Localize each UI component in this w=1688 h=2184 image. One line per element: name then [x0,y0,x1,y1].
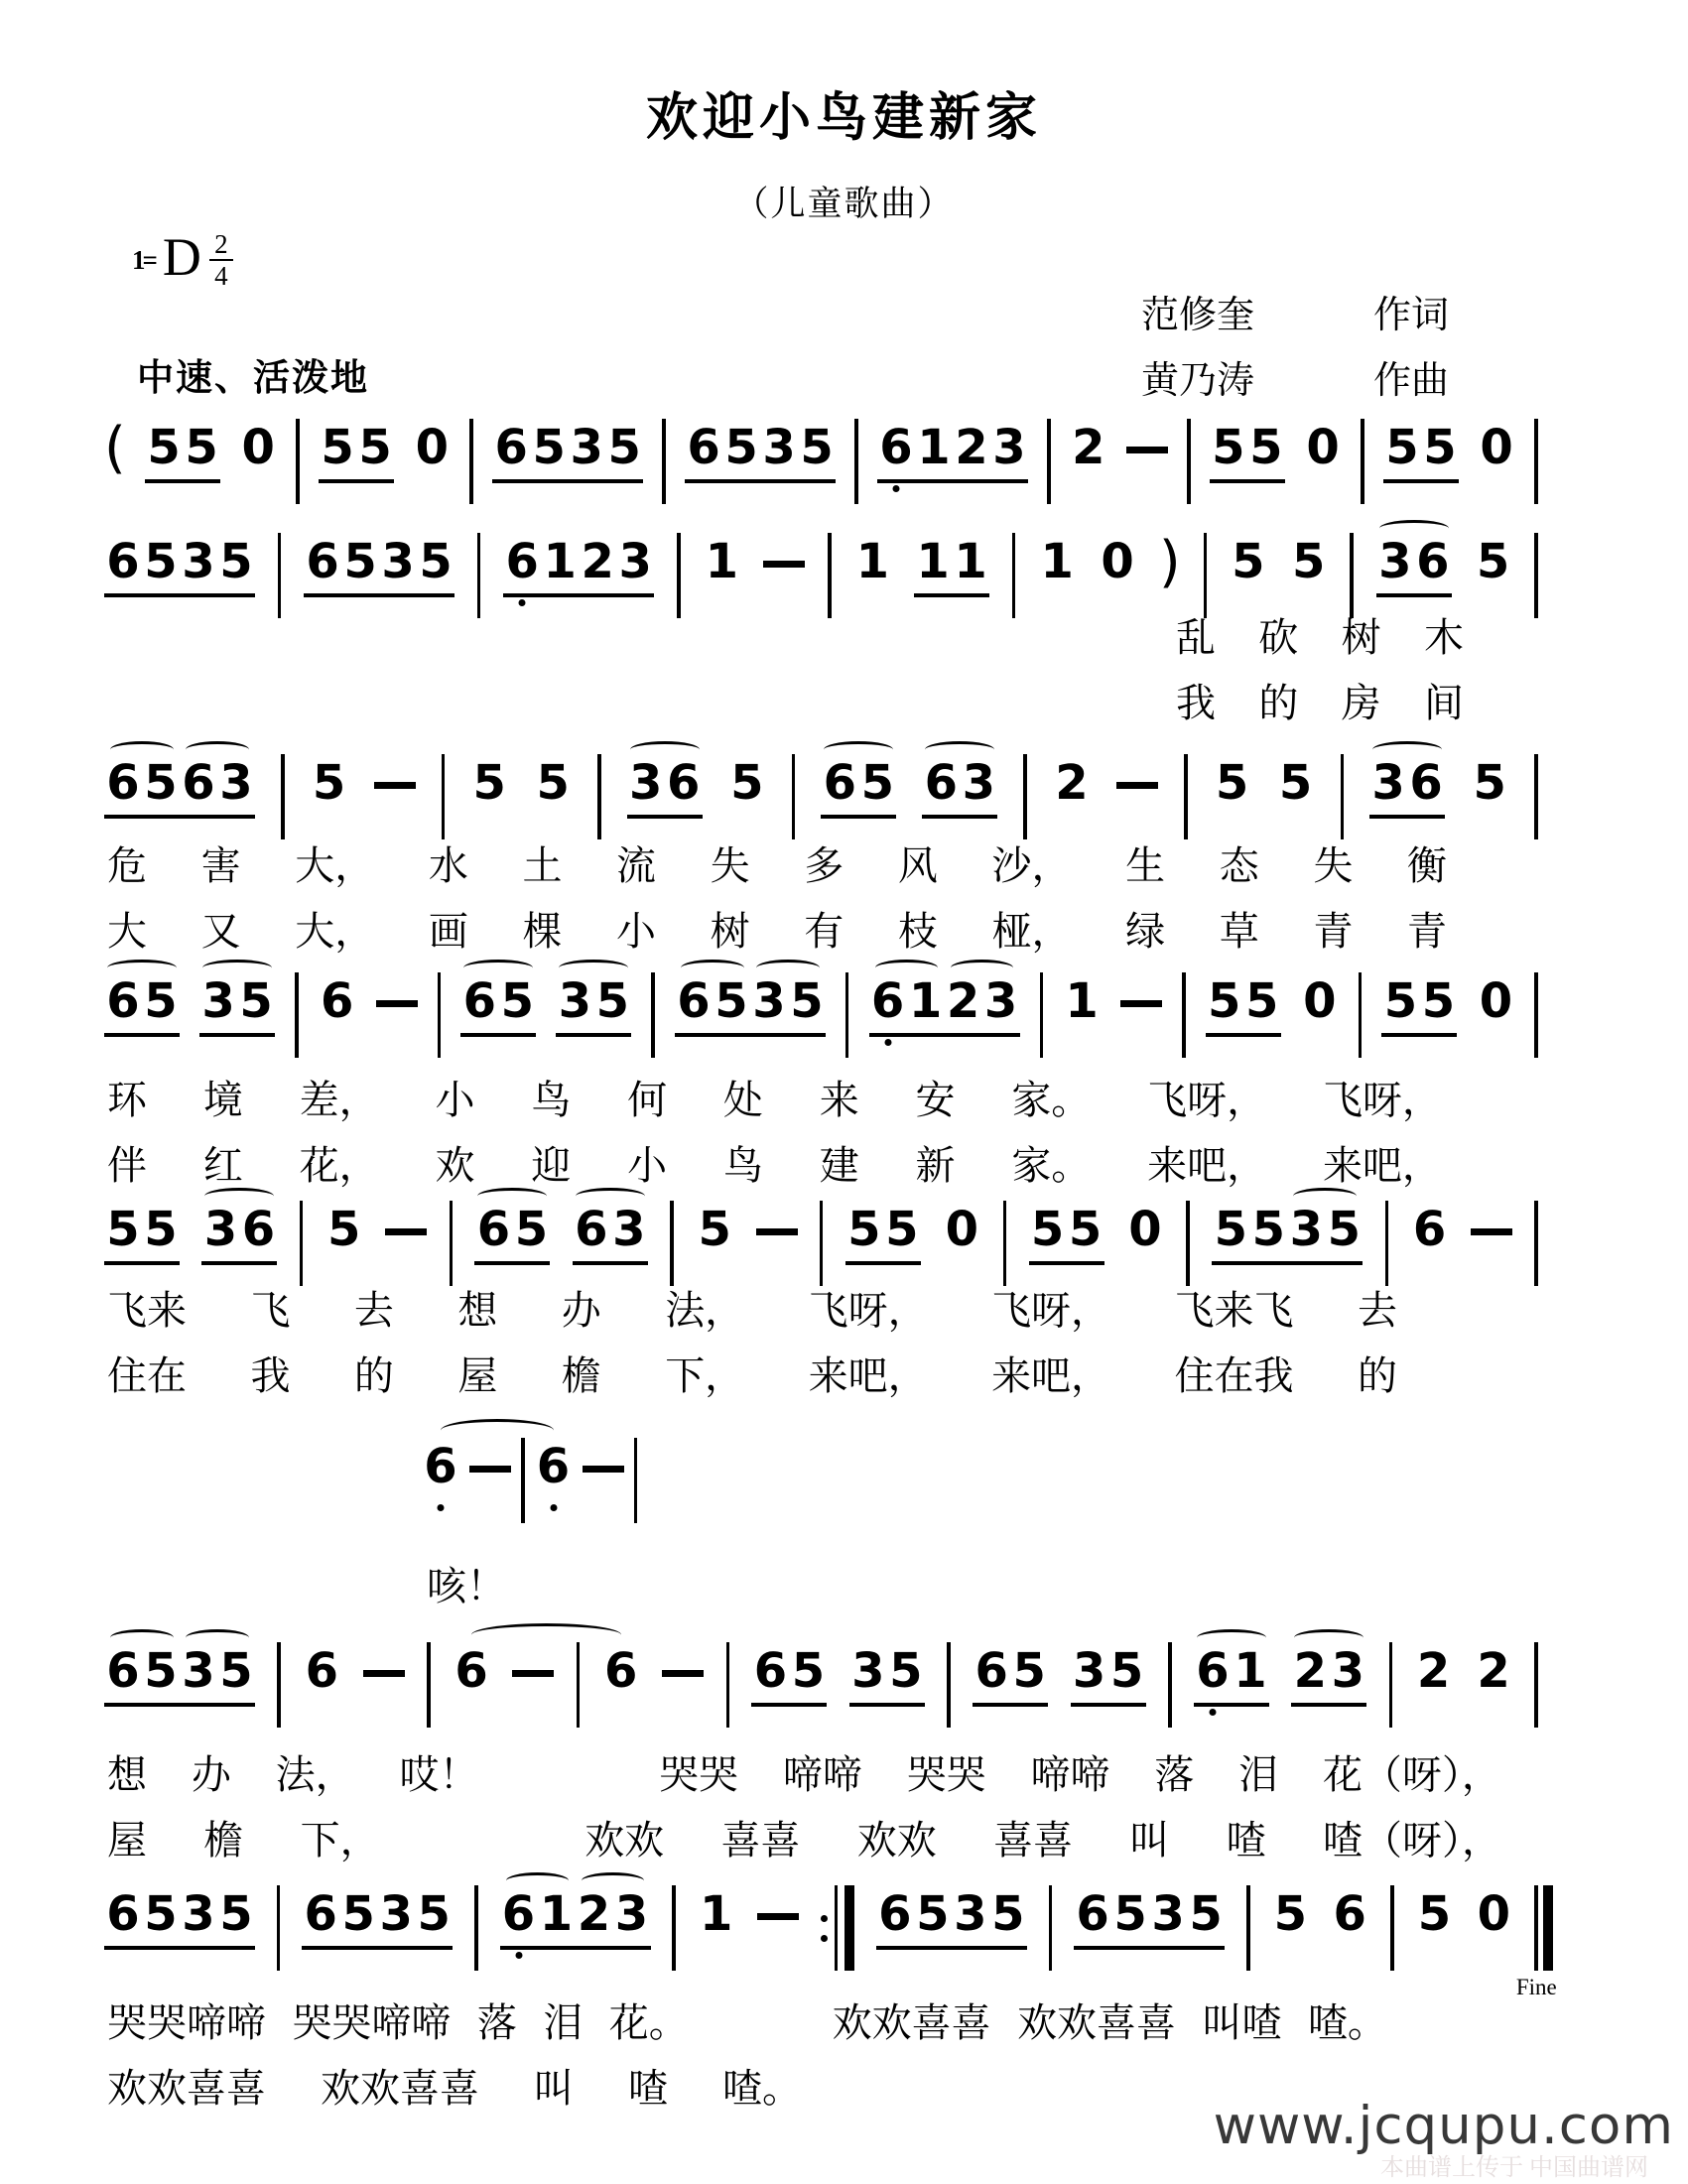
barline [1534,972,1538,1058]
barline [1168,1642,1172,1728]
lyric-syllable: 喜喜 [993,1818,1073,1863]
lyric-syllable: 去 [1358,1288,1397,1334]
sheet-music-page: 欢迎小鸟建新家 （儿童歌曲） 1= D 2 4 范修奎 作词 黄乃涛 作曲 中速… [0,0,1688,2184]
duration-dash [469,1466,511,1473]
key-letter: D [163,230,201,284]
lyric-syllable: 飞呀， [991,1288,1110,1334]
note-digit: 6 [1194,1645,1232,1697]
note-digit: 6 [453,1645,490,1697]
composer-role: 作曲 [1373,349,1449,404]
note-digit: 5 [1206,975,1243,1027]
note-digit: 5 [145,422,183,473]
barline [828,533,832,618]
note-digit: 3 [982,975,1020,1027]
lyric-syllable: 来吧， [991,1353,1110,1399]
lyric-syllable: 新 [916,1143,956,1189]
lyric-syllable: 办 [192,1752,231,1798]
lyric-syllable: 哭哭 [659,1752,738,1798]
note-digit: 5 [142,1204,180,1255]
time-denominator: 4 [214,262,228,290]
note-group: 6 [1331,1888,1368,1946]
note-group: 5 [728,757,766,815]
note-digit: 3 [201,1204,239,1255]
note-digit: 1 [538,1888,576,1940]
barline [1534,533,1538,618]
duration-dash [376,1000,418,1007]
note-group: 65 [460,975,536,1037]
note-group: 5 [325,1204,363,1261]
barline [1023,754,1027,839]
note-group: 36 [201,1204,277,1265]
note-digit: 2 [579,536,616,587]
note-group: 5 [1471,757,1508,815]
lyric-syllable: 又 [201,909,241,955]
lyric-syllable: 环 [107,1078,147,1123]
slur-arc [107,960,177,976]
music-line: 65635553656563255365 [104,757,1538,839]
barline [670,1201,674,1286]
barline [281,754,285,839]
note-digit: 5 [1067,1204,1104,1255]
barline [1003,1201,1007,1286]
note-group: 5 [696,1204,733,1261]
note-digit: 6 [500,1888,538,1940]
note-digit: 2 [1475,1645,1512,1697]
slur-arc [681,960,744,976]
duration-dash [1471,1228,1512,1235]
note-group: 6535 [104,1645,255,1707]
barline [277,1642,281,1728]
lyric-row: 屋檐下，欢欢喜喜欢欢喜喜叫喳喳（呀）， [107,1818,1501,1863]
note-digit: 1 [1232,1645,1269,1697]
lyric-row: 环境差，小鸟何处来安家。飞呀，飞呀， [107,1078,1442,1123]
repeat-dots [821,1915,828,1942]
note-digit: 5 [1383,422,1421,473]
note-group: 5 [1277,757,1315,815]
lyric-syllable: 的 [1258,681,1298,726]
music-line: 653566535653561231550550 [104,975,1538,1058]
note-digit: 5 [1212,1204,1249,1255]
note-digit: 1 [952,536,989,587]
barline [1040,972,1044,1058]
note-digit: 5 [858,757,896,809]
note-digit: 5 [217,1645,255,1697]
lyric-row: 想办法，哎！哭哭啼啼哭哭啼啼落泪花（呀）， [107,1752,1501,1798]
duration-dash [757,1913,799,1920]
note-digit: 6 [304,536,341,587]
lyric-syllable: 棵 [522,909,562,955]
note-group: 6535 [104,1888,255,1950]
note-group: 6 [319,975,356,1033]
lyric-syllable: 何 [627,1078,667,1123]
note-digit: 6 [422,1441,459,1492]
note-group: 6 [303,1645,340,1703]
octave-dot [550,1504,557,1511]
note-digit: 5 [341,536,379,587]
lyric-syllable: 大 [107,909,147,955]
note-group: 55 [1383,422,1459,483]
note-digit: 5 [989,1888,1027,1940]
note-group: 55 [319,422,394,483]
lyric-row: 我的房间 [1176,681,1464,726]
note-digit: 6 [319,975,356,1027]
lyric-syllable: 飞呀， [1147,1078,1266,1123]
lyric-syllable: 叫 [534,2066,574,2112]
note-digit: 5 [1421,422,1459,473]
note-group: 0 [943,1204,980,1261]
note-group: 6535 [302,1888,453,1950]
barline [277,1885,281,1971]
note-group: 6563 [104,757,255,819]
note-digit: 6 [751,1645,789,1697]
note-digit: 6 [1074,1888,1111,1940]
note-group: 6123 [877,422,1028,483]
note-digit: 1 [915,422,953,473]
barline [1341,754,1345,839]
lyricist-credit: 范修奎 作词 [1141,284,1449,338]
barline [1049,1885,1053,1971]
barline [597,754,601,839]
slur-arc [559,960,628,976]
note-digit: 3 [217,757,255,809]
lyric-syllable: 喳（呀）， [1323,1818,1501,1863]
lyric-syllable: 落 [1154,1752,1194,1798]
barline [442,754,446,839]
note-digit: 2 [1053,757,1091,809]
lyric-row: 住在我的屋檐下，来吧，来吧，住在我的 [107,1353,1397,1399]
note-digit: 5 [1249,1204,1287,1255]
slur-arc [630,741,700,758]
note-group: 0 [1475,1888,1512,1946]
lyric-syllable [714,2000,806,2046]
lyric-syllable: 间 [1424,681,1464,726]
lyric-syllable: 想 [107,1752,147,1798]
note-digit: 6 [492,422,530,473]
note-digit: 1 [1038,536,1076,587]
lyric-syllable: 房 [1342,681,1381,726]
note-digit: 6 [303,1645,340,1697]
note-group: 65 [821,757,896,819]
lyric-syllable: 哎！ [399,1752,478,1798]
slur-arc [186,741,249,758]
note-digit: 6 [675,975,713,1027]
thin-bar [1534,1885,1538,1971]
note-digit: 3 [180,1645,217,1697]
lyric-syllable: 欢欢 [857,1818,937,1863]
note-group: 2 [1053,757,1091,815]
barline [854,419,858,504]
note-digit: 5 [1111,1888,1149,1940]
octave-dot [438,1504,445,1511]
note-group: 35 [849,1645,925,1707]
note-digit: 6 [180,757,217,809]
barline [427,1642,431,1728]
note-digit: 6 [869,975,907,1027]
note-digit: 3 [199,975,237,1027]
slur-arc [582,1872,645,1889]
note-digit: 6 [104,1645,142,1697]
note-digit: 5 [1419,975,1457,1027]
slur-arc [1294,1629,1363,1646]
lyric-syllable: 欢欢 [584,1818,664,1863]
duration-dash [763,561,805,568]
note-digit: 0 [1301,975,1339,1027]
lyric-syllable: 飞来飞 [1175,1288,1294,1334]
barline [1246,1885,1250,1971]
barline [296,419,300,504]
lyric-syllable: 有 [804,909,844,955]
note-group: 23 [1291,1645,1366,1707]
note-group: 0 [1099,536,1136,593]
note-digit: 5 [798,422,836,473]
note-group: 5 [1475,536,1512,593]
note-digit: 3 [1376,536,1414,587]
note-digit: 5 [311,757,348,809]
barline [1187,419,1191,504]
note-digit: 3 [613,1888,651,1940]
note-group: 36 [1369,757,1445,819]
barline [278,533,282,618]
lyric-syllable: 沙， [991,843,1071,889]
lyric-row: 乱砍树木 [1176,615,1464,661]
duration-dash [583,1466,624,1473]
song-title: 欢迎小鸟建新家 [0,75,1688,150]
slur-arc [463,960,533,976]
lyric-syllable: 欢欢喜喜 [1017,2000,1176,2046]
note-group: 65 [751,1645,827,1707]
note-digit: 1 [907,975,945,1027]
note-digit: 6 [1411,1204,1449,1255]
music-line: 653565356123111110)55365 [104,536,1538,618]
time-numerator: 2 [214,230,228,258]
barline [477,533,481,618]
note-group: 55 [1029,1204,1104,1265]
repeat-dot [821,1935,828,1942]
barline [295,972,299,1058]
lyric-syllable: 屋 [457,1353,497,1399]
lyric-row: 哭哭啼啼哭哭啼啼落泪花。欢欢喜喜欢欢喜喜叫喳喳。 [107,2000,1387,2046]
lyric-syllable: 檐 [562,1353,601,1399]
note-group: 55 [104,1204,180,1265]
time-signature: 2 4 [209,230,233,290]
lyric-syllable: 衡 [1407,843,1447,889]
slur-arc [202,960,272,976]
note-group: 5 [1271,1888,1309,1946]
barline [820,1201,824,1286]
lyric-syllable: 飞来 [107,1288,187,1334]
lyric-syllable: 喜喜 [720,1818,800,1863]
duration-dash [374,782,416,789]
note-digit: 5 [1475,536,1512,587]
note-group: 5535 [1212,1204,1363,1265]
slur-arc [875,960,939,976]
duration-dash [1126,447,1168,453]
lyric-syllable: 桠， [991,909,1071,955]
note-digit: 3 [1287,1204,1325,1255]
barline [1534,419,1538,504]
barline [450,1201,454,1286]
lyric-syllable: 生 [1125,843,1165,889]
duration-dash [1120,1000,1162,1007]
note-digit: 6 [922,757,960,809]
note-digit: 5 [883,1204,921,1255]
duration-dash [363,1670,405,1677]
slur-arc [576,1188,645,1205]
barline [1182,972,1186,1058]
lyric-syllable: 家。 [1011,1143,1091,1189]
note-digit: 6 [460,975,498,1027]
note-group: 65 [973,1645,1048,1707]
note-group: 6535 [675,975,826,1037]
barline [672,1885,676,1971]
note-group: 1 [703,536,740,593]
note-group: 6535 [304,536,454,597]
music-line: (5505506535653561232550550 [104,422,1538,504]
close-paren: ) [1159,534,1181,591]
note-digit: 5 [415,1888,453,1940]
note-digit: 3 [760,422,798,473]
lyric-syllable: 飞呀， [1323,1078,1442,1123]
note-digit: 2 [945,975,982,1027]
note-digit: 3 [1369,757,1407,809]
note-digit: 3 [1329,1645,1366,1697]
note-digit: 5 [696,1204,733,1255]
note-digit: 1 [914,536,952,587]
note-group: 5 [1230,536,1267,593]
note-group: 5 [1416,1888,1454,1946]
note-digit: 3 [610,1204,648,1255]
note-digit: 5 [1108,1645,1146,1697]
lyric-syllable: 喳。 [722,2066,802,2112]
note-group: 0 [1126,1204,1164,1261]
note-digit: 3 [556,975,593,1027]
barline [577,1642,581,1728]
note-group: 0 [1477,975,1514,1033]
note-digit: 5 [1210,422,1247,473]
note-digit: 5 [534,757,572,809]
lyric-syllable: 欢欢喜喜 [321,2066,479,2112]
note-digit: 5 [1381,975,1419,1027]
note-group: 6535 [104,536,255,597]
lyric-syllable: 叫喳 [1203,2000,1282,2046]
note-group: 6535 [492,422,643,483]
barline [662,419,666,504]
lyric-row: 咳！ [427,1564,556,1609]
note-group: 55 [845,1204,921,1265]
lyric-syllable: 绿 [1125,909,1165,955]
note-group: 6 [422,1441,459,1498]
note-digit: 5 [530,422,568,473]
octave-dot [515,1952,522,1959]
barline [1534,1642,1538,1728]
barline [1534,1201,1538,1286]
note-digit: 0 [239,422,277,473]
note-digit: 5 [142,975,180,1027]
lyric-syllable: 小 [435,1078,474,1123]
lyric-syllable: 家。 [1011,1078,1091,1123]
note-digit: 3 [180,536,217,587]
note-digit: 5 [914,1888,952,1940]
note-group: 55 [1210,422,1285,483]
lyric-syllable: 欢欢喜喜 [833,2000,991,2046]
note-group: 0 [1478,422,1515,479]
lyric-syllable: 下， [301,1818,380,1863]
lyric-syllable: 伴 [107,1143,147,1189]
note-digit: 3 [568,422,605,473]
lyric-row: 伴红花，欢迎小鸟建新家。来吧，来吧， [107,1143,1442,1189]
note-digit: 6 [1407,757,1445,809]
barline [677,533,681,618]
note-group: 63 [922,757,997,819]
note-digit: 5 [319,422,356,473]
note-digit: 5 [237,975,275,1027]
duration-dash [385,1228,427,1235]
lyric-syllable: 害 [201,843,241,889]
note-digit: 6 [1414,536,1452,587]
lyric-syllable: 树 [1342,615,1381,661]
note-digit: 6 [503,536,541,587]
note-digit: 6 [602,1645,640,1697]
final-barline: Fine [1534,1885,1553,1971]
lyric-syllable: 的 [1358,1353,1397,1399]
note-digit: 1 [1063,975,1101,1027]
repeat-dot [821,1915,828,1922]
note-group: 35 [199,975,275,1037]
key-prefix: 1= [132,245,155,276]
note-digit: 5 [593,975,631,1027]
lyric-syllable: 住在 [107,1353,187,1399]
note-digit: 0 [1304,422,1342,473]
barline [1390,1885,1394,1971]
slur-arc [506,1872,570,1889]
note-digit: 2 [1070,422,1107,473]
lyric-syllable: 差， [300,1078,379,1123]
lyric-row: 飞来飞去想办法，飞呀，飞呀，飞来飞去 [107,1288,1397,1334]
slur-arc [186,1629,249,1646]
note-group: 6 [602,1645,640,1703]
duration-dash [756,1228,798,1235]
lyric-syllable: 安 [916,1078,956,1123]
music-line: 66 [422,1441,637,1523]
note-group: 2 [1475,1645,1512,1703]
note-digit: 6 [535,1441,573,1492]
lyric-syllable: 小 [616,909,656,955]
lyric-syllable: 办 [562,1288,601,1334]
lyric-syllable: 来吧， [1147,1143,1266,1189]
barline [469,419,473,504]
note-group: 0 [1304,422,1342,479]
duration-dash [512,1670,554,1677]
music-line: 653566665356535612322 [104,1645,1538,1728]
lyric-syllable: 哭哭啼啼 [292,2000,451,2046]
note-digit: 5 [1187,1888,1225,1940]
lyricist-name: 范修奎 [1141,284,1254,338]
note-digit: 3 [750,975,788,1027]
note-digit: 5 [356,422,394,473]
lyric-syllable: 喳 [1227,1818,1266,1863]
note-group: 2 [1415,1645,1453,1703]
note-digit: 6 [973,1645,1010,1697]
note-digit: 5 [1271,1888,1309,1940]
note-digit: 6 [821,757,858,809]
lyric-syllable [437,1818,528,1863]
lyric-syllable: 檐 [203,1818,243,1863]
thick-bar [844,1885,854,1971]
note-digit: 0 [943,1204,980,1255]
note-digit: 5 [1325,1204,1363,1255]
lyric-syllable: 咳！ [427,1564,506,1609]
note-group: 1 [698,1888,735,1946]
